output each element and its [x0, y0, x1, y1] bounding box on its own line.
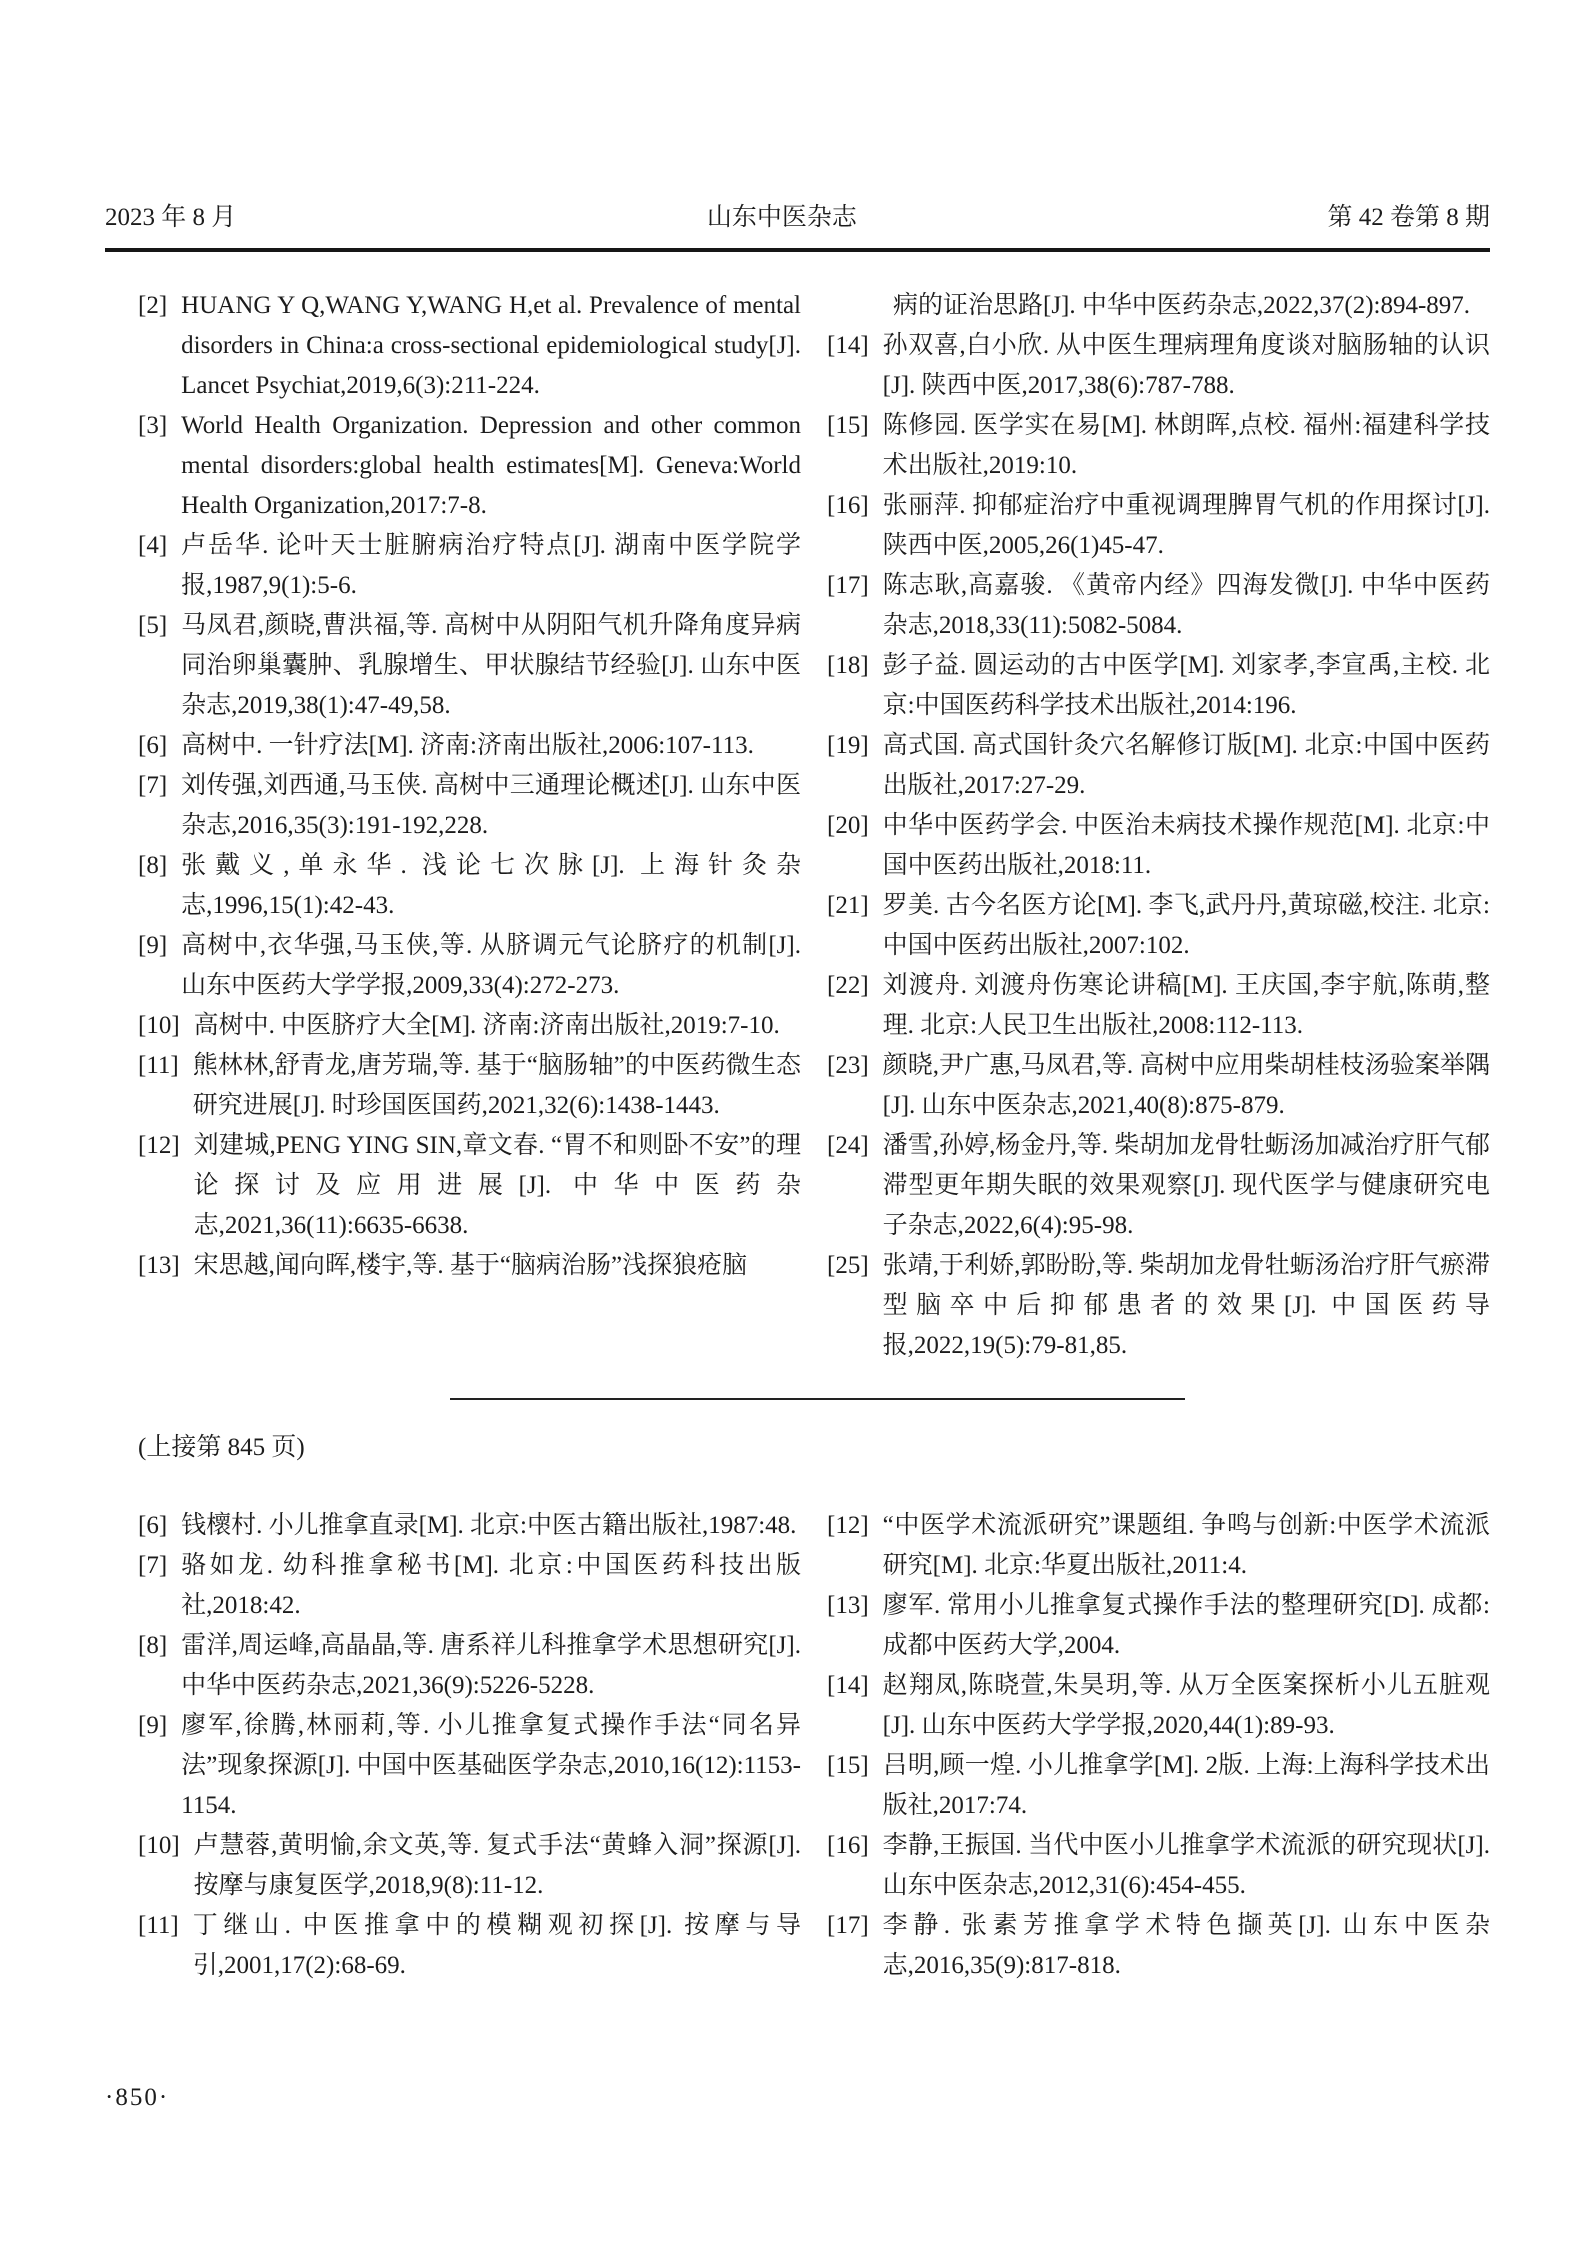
reference-number: [20]	[827, 806, 869, 886]
reference-text: 李静,王振国. 当代中医小儿推拿学术流派的研究现状[J]. 山东中医杂志,201…	[883, 1826, 1490, 1906]
reference-item: [7]刘传强,刘西通,马玉侠. 高树中三通理论概述[J]. 山东中医杂志,201…	[138, 766, 801, 846]
reference-number: [19]	[827, 726, 869, 806]
reference-text: 廖军. 常用小儿推拿复式操作手法的整理研究[D]. 成都:成都中医药大学,200…	[883, 1586, 1490, 1666]
journal-header: 2023 年 8 月 山东中医杂志 第 42 卷第 8 期	[105, 198, 1490, 252]
reference-item: [9]廖军,徐腾,林丽莉,等. 小儿推拿复式操作手法“同名异法”现象探源[J].…	[138, 1706, 801, 1826]
reference-item: [20]中华中医药学会. 中医治未病技术操作规范[M]. 北京:中国中医药出版社…	[827, 806, 1490, 886]
reference-text: “中医学术流派研究”课题组. 争鸣与创新:中医学术流派研究[M]. 北京:华夏出…	[883, 1506, 1490, 1586]
reference-item: [16]李静,王振国. 当代中医小儿推拿学术流派的研究现状[J]. 山东中医杂志…	[827, 1826, 1490, 1906]
reference-number: [10]	[138, 1006, 180, 1046]
reference-number: [7]	[138, 766, 167, 846]
reference-item: [15]陈修园. 医学实在易[M]. 林朗晖,点校. 福州:福建科学技术出版社,…	[827, 406, 1490, 486]
reference-text: 罗美. 古今名医方论[M]. 李飞,武丹丹,黄琼磁,校注. 北京:中国中医药出版…	[883, 886, 1490, 966]
reference-text: 骆如龙. 幼科推拿秘书[M]. 北京:中国医药科技出版社,2018:42.	[181, 1546, 801, 1626]
reference-text: 廖军,徐腾,林丽莉,等. 小儿推拿复式操作手法“同名异法”现象探源[J]. 中国…	[181, 1706, 801, 1826]
reference-number: [8]	[138, 1626, 167, 1706]
reference-text: HUANG Y Q,WANG Y,WANG H,et al. Prevalenc…	[181, 286, 801, 406]
reference-item: [17]李静. 张素芳推拿学术特色撷英[J]. 山东中医杂志,2016,35(9…	[827, 1906, 1490, 1986]
reference-text: 张靖,于利娇,郭盼盼,等. 柴胡加龙骨牡蛎汤治疗肝气瘀滞型脑卒中后抑郁患者的效果…	[883, 1246, 1490, 1366]
reference-item: [11]熊林林,舒青龙,唐芳瑞,等. 基于“脑肠轴”的中医药微生态研究进展[J]…	[138, 1046, 801, 1126]
reference-item: [15]吕明,顾一煌. 小儿推拿学[M]. 2版. 上海:上海科学技术出版社,2…	[827, 1746, 1490, 1826]
reference-item: [12]“中医学术流派研究”课题组. 争鸣与创新:中医学术流派研究[M]. 北京…	[827, 1506, 1490, 1586]
reference-number: [17]	[827, 566, 869, 646]
reference-text: 高树中. 一针疗法[M]. 济南:济南出版社,2006:107-113.	[181, 726, 801, 766]
reference-item: [24]潘雪,孙婷,杨金丹,等. 柴胡加龙骨牡蛎汤加减治疗肝气郁滞型更年期失眠的…	[827, 1126, 1490, 1246]
reference-number: [18]	[827, 646, 869, 726]
reference-number: [15]	[827, 406, 869, 486]
reference-item: [5]马凤君,颜晓,曹洪福,等. 高树中从阴阳气机升降角度异病同治卵巢囊肿、乳腺…	[138, 606, 801, 726]
reference-number: [24]	[827, 1126, 869, 1246]
references-section-bottom: [6]钱櫰村. 小儿推拿直录[M]. 北京:中医古籍出版社,1987:48.[7…	[138, 1506, 1490, 1986]
reference-item: [19]高式国. 高式国针灸穴名解修订版[M]. 北京:中国中医药出版社,201…	[827, 726, 1490, 806]
reference-number: [10]	[138, 1826, 180, 1906]
reference-text: 张戴义,单永华. 浅论七次脉[J]. 上海针灸杂志,1996,15(1):42-…	[181, 846, 801, 926]
reference-list-right: [12]“中医学术流派研究”课题组. 争鸣与创新:中医学术流派研究[M]. 北京…	[827, 1506, 1490, 1986]
volume-issue: 第 42 卷第 8 期	[1327, 198, 1490, 238]
reference-number: [14]	[827, 1666, 869, 1746]
reference-item: [6]高树中. 一针疗法[M]. 济南:济南出版社,2006:107-113.	[138, 726, 801, 766]
reference-number: [12]	[827, 1506, 869, 1586]
reference-item: [21]罗美. 古今名医方论[M]. 李飞,武丹丹,黄琼磁,校注. 北京:中国中…	[827, 886, 1490, 966]
reference-text: 吕明,顾一煌. 小儿推拿学[M]. 2版. 上海:上海科学技术出版社,2017:…	[883, 1746, 1490, 1826]
reference-text: 熊林林,舒青龙,唐芳瑞,等. 基于“脑肠轴”的中医药微生态研究进展[J]. 时珍…	[193, 1046, 801, 1126]
reference-number: [9]	[138, 1706, 167, 1826]
reference-number: [2]	[138, 286, 167, 406]
reference-number: [21]	[827, 886, 869, 966]
reference-number: [12]	[138, 1126, 180, 1246]
reference-text: 高式国. 高式国针灸穴名解修订版[M]. 北京:中国中医药出版社,2017:27…	[883, 726, 1490, 806]
reference-text: 雷洋,周运峰,高晶晶,等. 唐系祥儿科推拿学术思想研究[J]. 中华中医药杂志,…	[181, 1626, 801, 1706]
reference-item: [22]刘渡舟. 刘渡舟伤寒论讲稿[M]. 王庆国,李宇航,陈萌,整理. 北京:…	[827, 966, 1490, 1046]
reference-text: 刘建城,PENG YING SIN,章文春. “胃不和则卧不安”的理论探讨及应用…	[194, 1126, 801, 1246]
reference-item: [17]陈志耿,高嘉骏. 《黄帝内经》四海发微[J]. 中华中医药杂志,2018…	[827, 566, 1490, 646]
reference-number: [5]	[138, 606, 167, 726]
reference-item: [10]高树中. 中医脐疗大全[M]. 济南:济南出版社,2019:7-10.	[138, 1006, 801, 1046]
reference-text: 彭子益. 圆运动的古中医学[M]. 刘家孝,李宣禹,主校. 北京:中国医药科学技…	[883, 646, 1490, 726]
reference-number: [23]	[827, 1046, 869, 1126]
reference-number: [6]	[138, 1506, 167, 1546]
reference-number: [16]	[827, 1826, 869, 1906]
reference-list-right: 病的证治思路[J]. 中华中医药杂志,2022,37(2):894-897.[1…	[827, 286, 1490, 1366]
reference-item: [9]高树中,衣华强,马玉侠,等. 从脐调元气论脐疗的机制[J]. 山东中医药大…	[138, 926, 801, 1006]
reference-text: 钱櫰村. 小儿推拿直录[M]. 北京:中医古籍出版社,1987:48.	[181, 1506, 801, 1546]
reference-number: [14]	[827, 326, 869, 406]
reference-item: [16]张丽萍. 抑郁症治疗中重视调理脾胃气机的作用探讨[J]. 陕西中医,20…	[827, 486, 1490, 566]
reference-text: 赵翔凤,陈晓萱,朱昊玥,等. 从万全医案探析小儿五脏观[J]. 山东中医药大学学…	[883, 1666, 1490, 1746]
reference-item: 病的证治思路[J]. 中华中医药杂志,2022,37(2):894-897.	[827, 286, 1490, 326]
reference-number: [3]	[138, 406, 167, 526]
reference-number: [22]	[827, 966, 869, 1046]
reference-number: [25]	[827, 1246, 869, 1366]
reference-number: [7]	[138, 1546, 167, 1626]
reference-text: 卢慧蓉,黄明愉,余文英,等. 复式手法“黄蜂入洞”探源[J]. 按摩与康复医学,…	[194, 1826, 801, 1906]
reference-text: 孙双喜,白小欣. 从中医生理病理角度谈对脑肠轴的认识[J]. 陕西中医,2017…	[883, 326, 1490, 406]
page-number: ·850·	[105, 2078, 169, 2118]
reference-item: [25]张靖,于利娇,郭盼盼,等. 柴胡加龙骨牡蛎汤治疗肝气瘀滞型脑卒中后抑郁患…	[827, 1246, 1490, 1366]
reference-text: 刘渡舟. 刘渡舟伤寒论讲稿[M]. 王庆国,李宇航,陈萌,整理. 北京:人民卫生…	[883, 966, 1490, 1046]
reference-list-left: [6]钱櫰村. 小儿推拿直录[M]. 北京:中医古籍出版社,1987:48.[7…	[138, 1506, 801, 1986]
reference-item: [3]World Health Organization. Depression…	[138, 406, 801, 526]
reference-list-left: [2]HUANG Y Q,WANG Y,WANG H,et al. Preval…	[138, 286, 801, 1366]
reference-text: 潘雪,孙婷,杨金丹,等. 柴胡加龙骨牡蛎汤加减治疗肝气郁滞型更年期失眠的效果观察…	[883, 1126, 1490, 1246]
continued-from-label: (上接第 845 页)	[138, 1428, 1490, 1468]
reference-text: 张丽萍. 抑郁症治疗中重视调理脾胃气机的作用探讨[J]. 陕西中医,2005,2…	[883, 486, 1490, 566]
reference-text: 陈修园. 医学实在易[M]. 林朗晖,点校. 福州:福建科学技术出版社,2019…	[883, 406, 1490, 486]
reference-item: [7]骆如龙. 幼科推拿秘书[M]. 北京:中国医药科技出版社,2018:42.	[138, 1546, 801, 1626]
reference-text: 颜晓,尹广惠,马凤君,等. 高树中应用柴胡桂枝汤验案举隅[J]. 山东中医杂志,…	[883, 1046, 1490, 1126]
reference-text: 卢岳华. 论叶天士脏腑病治疗特点[J]. 湖南中医学院学报,1987,9(1):…	[181, 526, 801, 606]
reference-item: [8]雷洋,周运峰,高晶晶,等. 唐系祥儿科推拿学术思想研究[J]. 中华中医药…	[138, 1626, 801, 1706]
reference-number: [16]	[827, 486, 869, 566]
reference-number: [13]	[827, 1586, 869, 1666]
reference-text: 马凤君,颜晓,曹洪福,等. 高树中从阴阳气机升降角度异病同治卵巢囊肿、乳腺增生、…	[181, 606, 801, 726]
reference-text: 高树中,衣华强,马玉侠,等. 从脐调元气论脐疗的机制[J]. 山东中医药大学学报…	[181, 926, 801, 1006]
reference-number: [11]	[138, 1906, 179, 1986]
reference-item: [14]孙双喜,白小欣. 从中医生理病理角度谈对脑肠轴的认识[J]. 陕西中医,…	[827, 326, 1490, 406]
reference-text: 丁继山. 中医推拿中的模糊观初探[J]. 按摩与导引,2001,17(2):68…	[193, 1906, 801, 1986]
reference-text: World Health Organization. Depression an…	[181, 406, 801, 526]
reference-item: [6]钱櫰村. 小儿推拿直录[M]. 北京:中医古籍出版社,1987:48.	[138, 1506, 801, 1546]
reference-item: [11]丁继山. 中医推拿中的模糊观初探[J]. 按摩与导引,2001,17(2…	[138, 1906, 801, 1986]
reference-item: [4]卢岳华. 论叶天士脏腑病治疗特点[J]. 湖南中医学院学报,1987,9(…	[138, 526, 801, 606]
reference-number: [13]	[138, 1246, 180, 1286]
reference-text: 刘传强,刘西通,马玉侠. 高树中三通理论概述[J]. 山东中医杂志,2016,3…	[181, 766, 801, 846]
reference-number: [15]	[827, 1746, 869, 1826]
journal-title: 山东中医杂志	[707, 198, 857, 238]
reference-number: [8]	[138, 846, 167, 926]
reference-item: [12]刘建城,PENG YING SIN,章文春. “胃不和则卧不安”的理论探…	[138, 1126, 801, 1246]
reference-item: [13]宋思越,闻向晖,楼宇,等. 基于“脑病治肠”浅探狼疮脑	[138, 1246, 801, 1286]
reference-text: 中华中医药学会. 中医治未病技术操作规范[M]. 北京:中国中医药出版社,201…	[883, 806, 1490, 886]
issue-date: 2023 年 8 月	[105, 198, 236, 238]
references-section-top: [2]HUANG Y Q,WANG Y,WANG H,et al. Preval…	[138, 286, 1490, 1366]
section-divider-rule	[450, 1398, 1185, 1400]
reference-item: [18]彭子益. 圆运动的古中医学[M]. 刘家孝,李宣禹,主校. 北京:中国医…	[827, 646, 1490, 726]
reference-text: 李静. 张素芳推拿学术特色撷英[J]. 山东中医杂志,2016,35(9):81…	[883, 1906, 1490, 1986]
reference-number: [9]	[138, 926, 167, 1006]
reference-number: [6]	[138, 726, 167, 766]
reference-text: 病的证治思路[J]. 中华中医药杂志,2022,37(2):894-897.	[893, 286, 1490, 326]
reference-item: [2]HUANG Y Q,WANG Y,WANG H,et al. Preval…	[138, 286, 801, 406]
reference-number: [4]	[138, 526, 167, 606]
reference-item: [13]廖军. 常用小儿推拿复式操作手法的整理研究[D]. 成都:成都中医药大学…	[827, 1586, 1490, 1666]
reference-item: [23]颜晓,尹广惠,马凤君,等. 高树中应用柴胡桂枝汤验案举隅[J]. 山东中…	[827, 1046, 1490, 1126]
reference-item: [14]赵翔凤,陈晓萱,朱昊玥,等. 从万全医案探析小儿五脏观[J]. 山东中医…	[827, 1666, 1490, 1746]
reference-text: 高树中. 中医脐疗大全[M]. 济南:济南出版社,2019:7-10.	[194, 1006, 801, 1046]
reference-text: 陈志耿,高嘉骏. 《黄帝内经》四海发微[J]. 中华中医药杂志,2018,33(…	[883, 566, 1490, 646]
reference-number: [17]	[827, 1906, 869, 1986]
reference-item: [8]张戴义,单永华. 浅论七次脉[J]. 上海针灸杂志,1996,15(1):…	[138, 846, 801, 926]
reference-item: [10]卢慧蓉,黄明愉,余文英,等. 复式手法“黄蜂入洞”探源[J]. 按摩与康…	[138, 1826, 801, 1906]
reference-text: 宋思越,闻向晖,楼宇,等. 基于“脑病治肠”浅探狼疮脑	[194, 1246, 801, 1286]
reference-number: [11]	[138, 1046, 179, 1126]
